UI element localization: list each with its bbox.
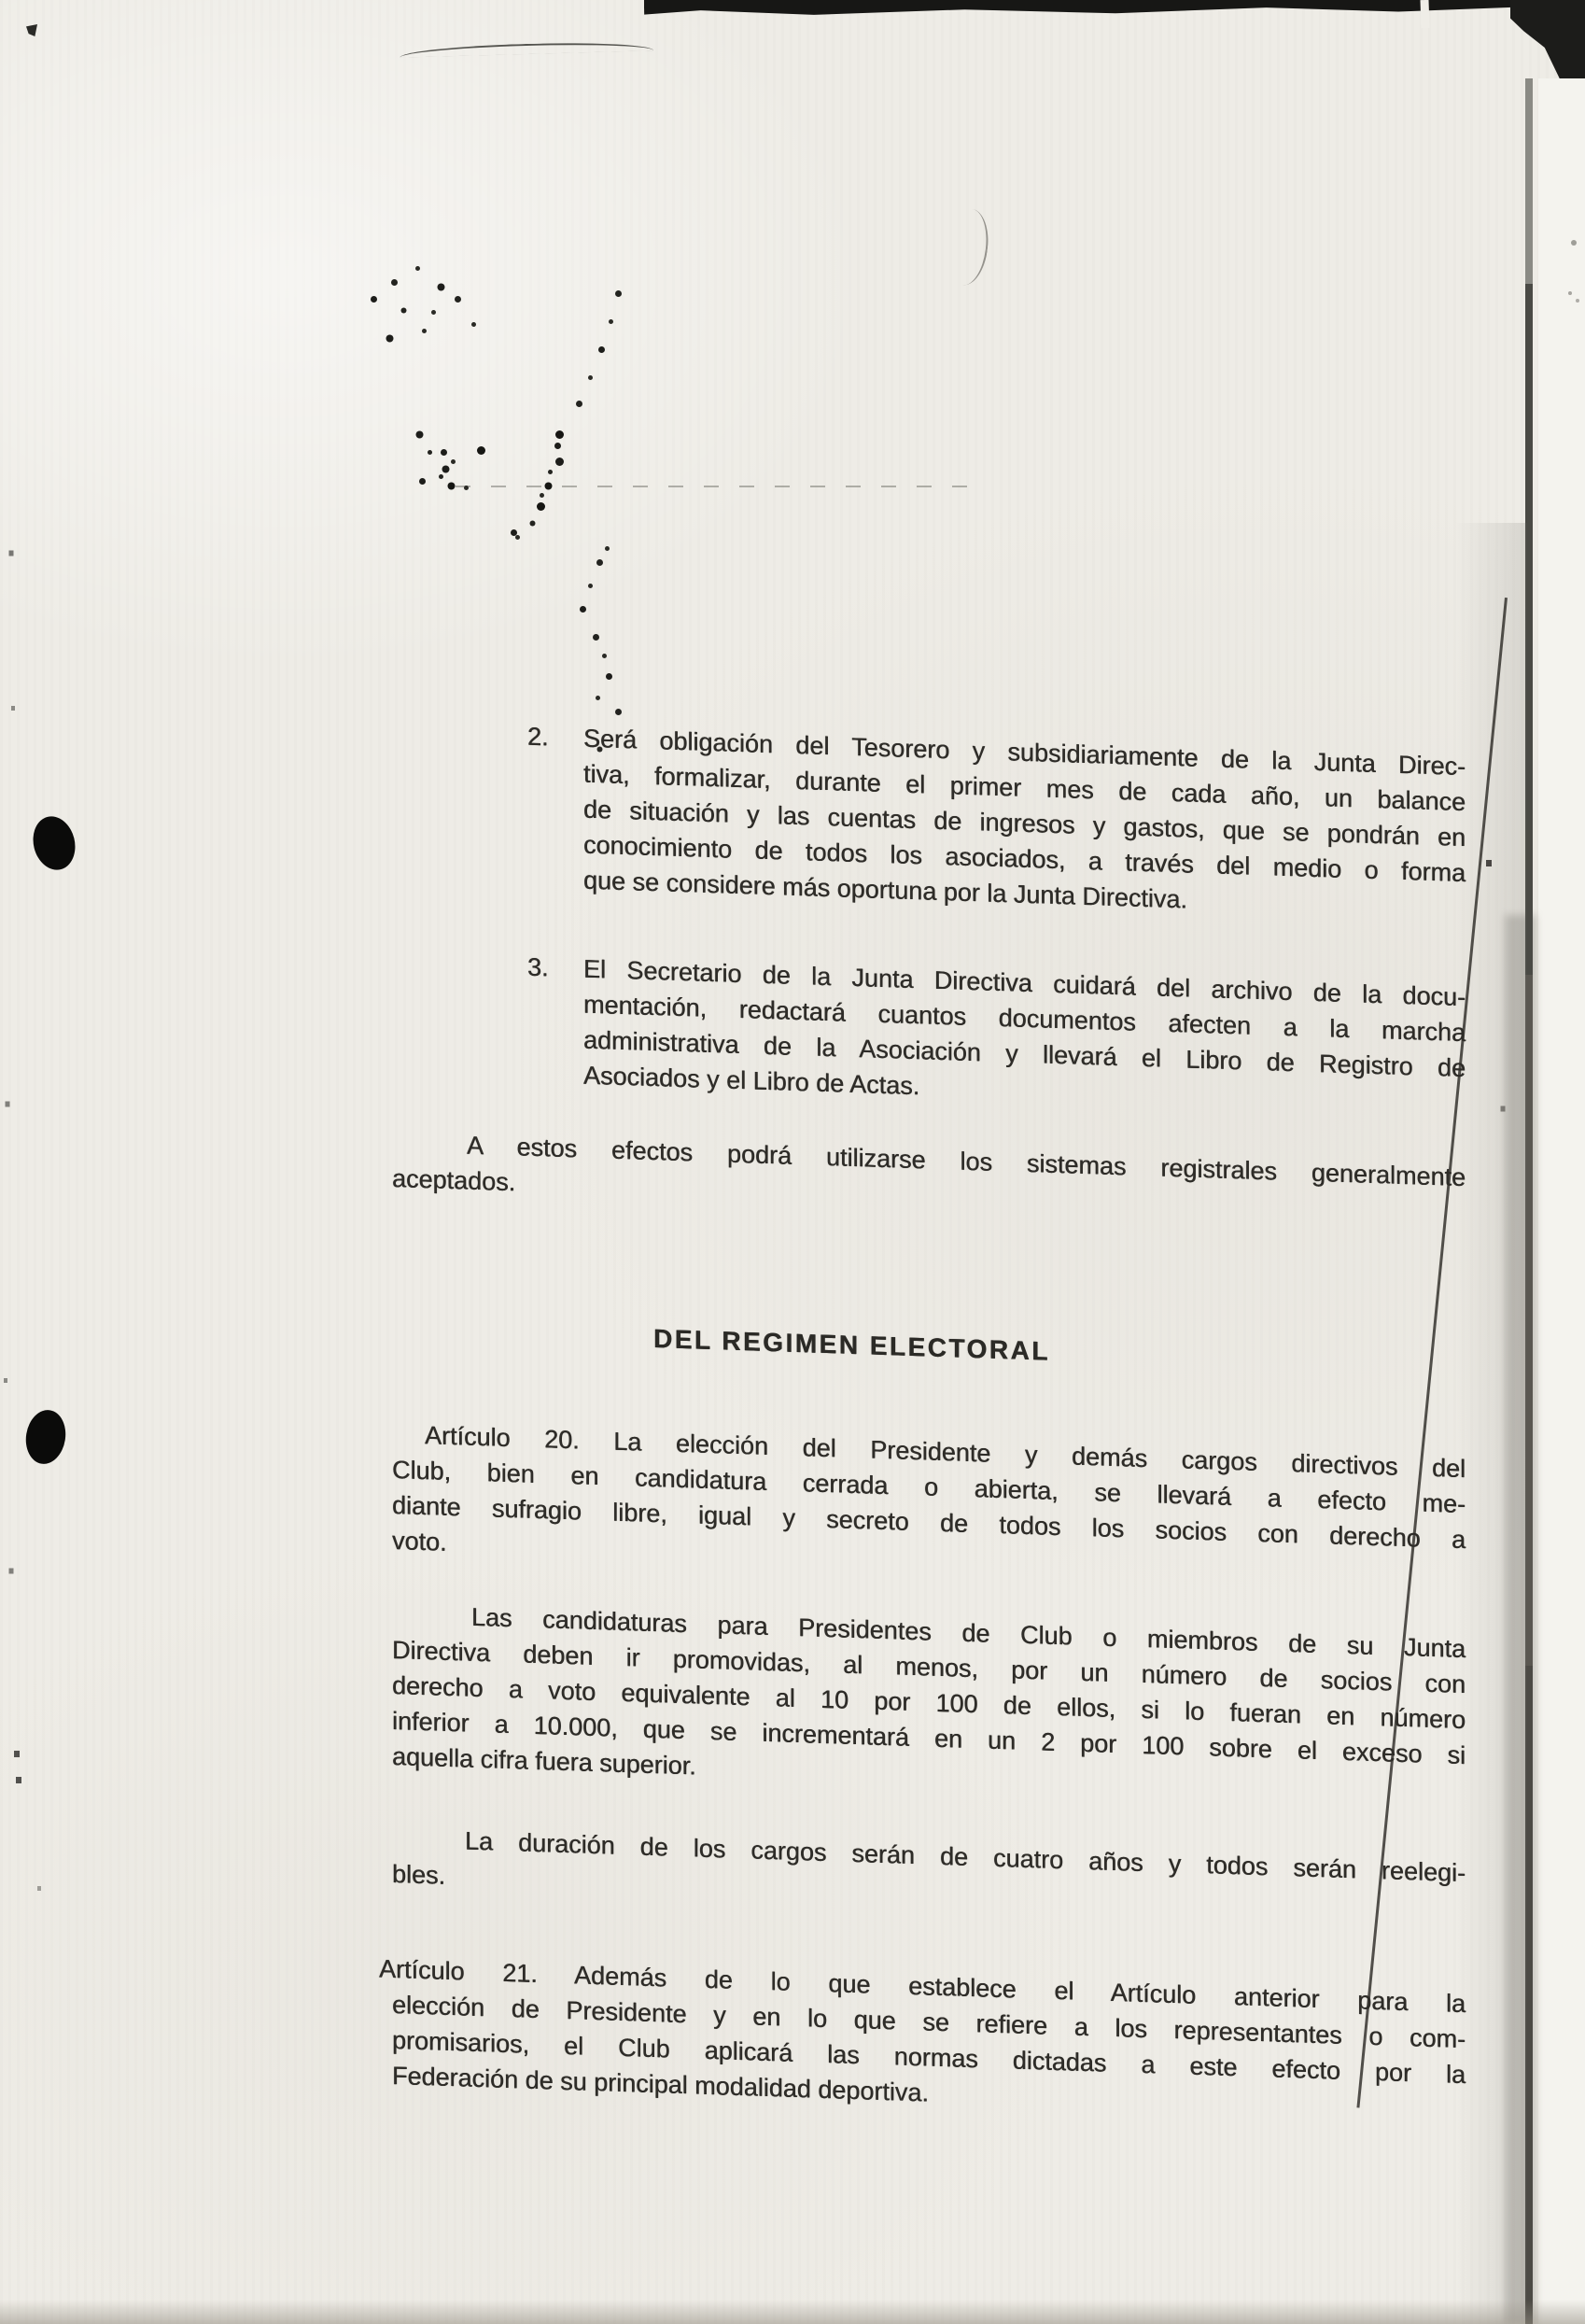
section-heading: DEL REGIMEN ELECTORAL — [653, 1323, 1050, 1368]
document-body: 2. Será obligación del Tesorero y subsid… — [392, 705, 1466, 2128]
faint-dotted-line — [456, 486, 983, 487]
paragraph-articulo-20: Artículo 20. La elección del Presidente … — [392, 1416, 1466, 1593]
margin-ink-specks — [0, 0, 4, 5]
paragraph-candidaturas: Las candidaturas para Presidentes de Clu… — [392, 1597, 1466, 1809]
hole-punch-top — [28, 812, 81, 875]
item-text: Será obligación del Tesorero y subsidiar… — [583, 721, 1466, 927]
hole-punch-bottom — [22, 1407, 70, 1467]
item-number: 2. — [527, 719, 583, 898]
top-pen-stroke — [400, 40, 653, 58]
scan-top-edge-notch — [1420, 0, 1429, 28]
paragraph-item-3: 3. El Secretario de la Junta Directiva c… — [527, 950, 1466, 1121]
item-text: El Secretario de la Junta Directiva cuid… — [583, 951, 1466, 1122]
scan-right-margin-marks — [1566, 233, 1570, 237]
scanned-page: 2. Será obligación del Tesorero y subsid… — [0, 0, 1585, 2324]
paragraph-registros: A estos efectos podrá utilizarse los sis… — [392, 1125, 1466, 1231]
corner-ink-mark — [26, 24, 37, 36]
curved-ink-mark — [949, 207, 992, 288]
scan-right-shading — [1456, 523, 1527, 2324]
paragraph-articulo-21: Artículo 21. Además de lo que establece … — [392, 1951, 1466, 2128]
item-number: 3. — [527, 950, 583, 1093]
scan-top-edge — [644, 0, 1585, 19]
paragraph-item-2: 2. Será obligación del Tesorero y subsid… — [527, 719, 1466, 926]
paragraph-duracion: La duración de los cargos serán de cuatr… — [392, 1821, 1466, 1926]
scan-right-margin-strip — [1538, 78, 1585, 2324]
